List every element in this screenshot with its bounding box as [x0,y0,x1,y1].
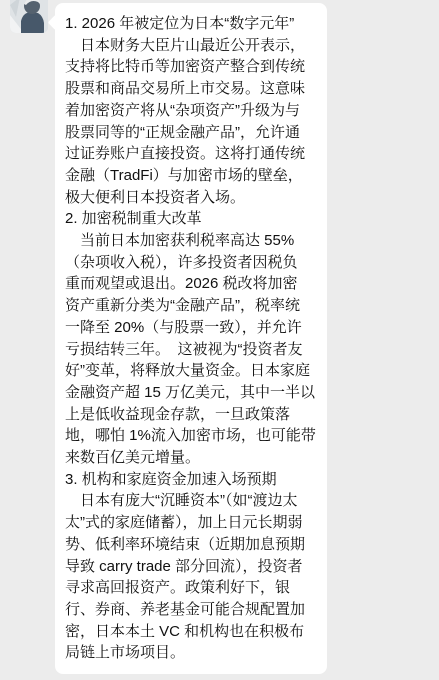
message-text: 1. 2026 年被定位为日本“数字元年” 日本财务大臣片山最近公开表示，支持将… [65,13,319,664]
message-line: 寻求高回报资产。政策利好下，银 [65,577,319,599]
message-line: 行、券商、养老基金可能合规配置加 [65,599,319,621]
message-line: 股票和商品交易所上市交易。这意味 [65,78,319,100]
message-line: 过证券账户直接投资。这将打通传统 [65,143,319,165]
message-line: 来数百亿美元增量。 [65,447,319,469]
message-line: （杂项收入税），许多投资者因税负 [65,252,319,274]
message-line: 着加密资产将从“杂项资产”升级为与 [65,100,319,122]
message-line: 上是低收益现金存款，一旦政策落 [65,404,319,426]
message-line: 股票同等的“正规金融产品”，允许通 [65,122,319,144]
message-line: 局链上市场项目。 [65,642,319,664]
message-line: 密，日本本土 VC 和机构也在积极布 [65,621,319,643]
message-line: 重而观望或退出。2026 税改将加密 [65,273,319,295]
message-line: 地，哪怕 1%流入加密市场，也可能带 [65,425,319,447]
message-line: 一降至 20%（与股票一致），并允许 [65,317,319,339]
message-bubble[interactable]: 1. 2026 年被定位为日本“数字元年” 日本财务大臣片山最近公开表示，支持将… [55,3,327,674]
message-line: 极大便利日本投资者入场。 [65,187,319,209]
message-line: 亏损结转三年。 这被视为“投资者友 [65,339,319,361]
message-line: 资产重新分类为“金融产品”，税率统 [65,295,319,317]
message-line: 3. 机构和家庭资金加速入场预期 [65,469,319,491]
message-line: 1. 2026 年被定位为日本“数字元年” [65,13,319,35]
message-line: 当前日本加密获利税率高达 55% [65,230,319,252]
message-line: 导致 carry trade 部分回流），投资者 [65,556,319,578]
message-line: 日本财务大臣片山最近公开表示， [65,35,319,57]
message-line: 势、低利率环境结束（近期加息预期 [65,534,319,556]
sender-avatar[interactable] [10,0,48,33]
message-line: 2. 加密税制重大改革 [65,208,319,230]
message-line: 太”式的家庭储蓄），加上日元长期弱 [65,512,319,534]
chat-screen: 1. 2026 年被定位为日本“数字元年” 日本财务大臣片山最近公开表示，支持将… [0,0,439,680]
message-line: 金融资产超 15 万亿美元，其中一半以 [65,382,319,404]
bubble-tail [48,15,64,31]
avatar-image [10,0,48,33]
message-line: 支持将比特币等加密资产整合到传统 [65,56,319,78]
message-line: 好”变革，将释放大量资金。日本家庭 [65,360,319,382]
message-line: 日本有庞大“沉睡资本”（如“渡边太 [65,490,319,512]
message-line: 金融（TradFi）与加密市场的壁垒， [65,165,319,187]
